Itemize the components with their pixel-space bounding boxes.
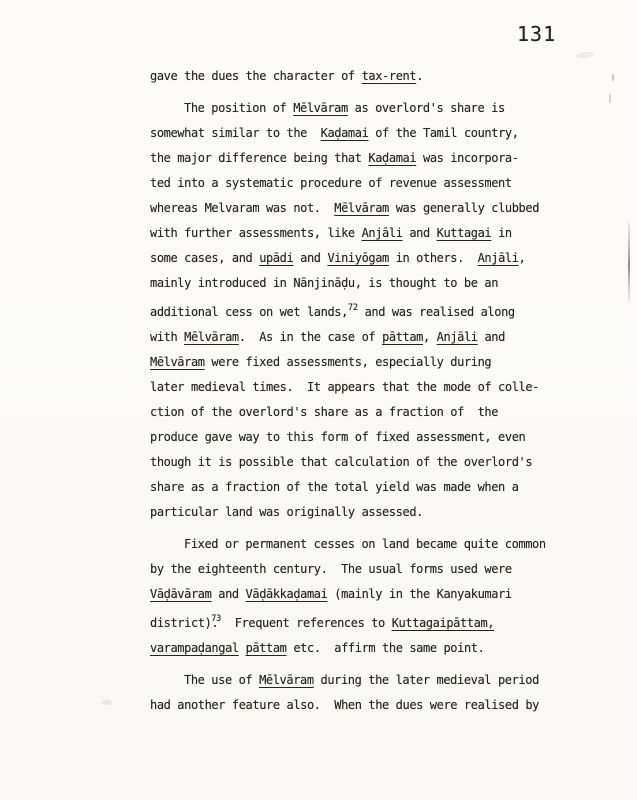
underlined-term: Anjāli bbox=[478, 251, 519, 265]
text-run: by the eighteenth century. The usual for… bbox=[150, 562, 512, 576]
paragraph: The use of Mēlvāram during the later med… bbox=[150, 668, 550, 718]
text-run: in bbox=[491, 226, 511, 240]
underlined-term: Mēlvāram bbox=[293, 101, 348, 115]
text-line: the major difference being that Kaḍamai … bbox=[150, 146, 550, 171]
underlined-term: Kaḍamai bbox=[321, 126, 369, 140]
text-line: with further assessments, like Anjāli an… bbox=[150, 221, 550, 246]
text-run: district). bbox=[150, 616, 218, 630]
text-line: somewhat similar to the Kaḍamai of the T… bbox=[150, 121, 550, 146]
text-run: Frequent references to bbox=[221, 616, 392, 630]
text-run: and bbox=[403, 226, 437, 240]
underlined-term: Anjāli bbox=[437, 330, 478, 344]
text-line: varampaḍangal pāttam etc. affirm the sam… bbox=[150, 636, 550, 661]
underlined-term: Kaḍamai bbox=[368, 151, 416, 165]
text-line: ted into a systematic procedure of reven… bbox=[150, 171, 550, 196]
text-run: the major difference being that bbox=[150, 151, 368, 165]
underlined-term: Kuttagaipāttam, bbox=[392, 616, 494, 630]
text-line: whereas Melvaram was not. Mēlvāram was g… bbox=[150, 196, 550, 221]
text-run: etc. affirm the same point. bbox=[287, 641, 485, 655]
text-run: in others. bbox=[389, 251, 478, 265]
document-page: 131 gave the dues the character of tax-r… bbox=[0, 0, 637, 800]
text-run: were fixed assessments, especially durin… bbox=[205, 355, 492, 369]
text-run: with further assessments, like bbox=[150, 226, 362, 240]
underlined-term: tax-rent bbox=[362, 69, 417, 83]
text-run: ted into a systematic procedure of reven… bbox=[150, 176, 512, 190]
underlined-term: Anjāli bbox=[362, 226, 403, 240]
underlined-term: Mēlvāram bbox=[150, 355, 205, 369]
text-run: was incorpora- bbox=[416, 151, 518, 165]
underlined-term: pāttam bbox=[246, 641, 287, 655]
text-run: during the later medieval period bbox=[314, 673, 539, 687]
underlined-term: Vāḍākkaḍamai bbox=[246, 587, 328, 601]
underlined-term: upādi bbox=[259, 251, 293, 265]
scan-artifact-smudge bbox=[576, 51, 595, 59]
text-run: somewhat similar to the bbox=[150, 126, 321, 140]
text-run: . As in the case of bbox=[239, 330, 382, 344]
text-line: share as a fraction of the total yield w… bbox=[150, 475, 550, 500]
text-run: Fixed or permanent cesses on land became… bbox=[184, 537, 546, 551]
underlined-term: Vāḍāvāram bbox=[150, 587, 211, 601]
scan-artifact-smudge bbox=[102, 700, 112, 705]
text-run: . bbox=[416, 69, 423, 83]
underlined-term: Kuttagai bbox=[437, 226, 492, 240]
text-run: had another feature also. When the dues … bbox=[150, 698, 539, 712]
underlined-term: Mēlvāram bbox=[334, 201, 389, 215]
footnote-ref: 73 bbox=[211, 614, 221, 624]
paragraph: Fixed or permanent cesses on land became… bbox=[150, 532, 550, 661]
text-run: later medieval times. It appears that th… bbox=[150, 380, 539, 394]
text-run: though it is possible that calculation o… bbox=[150, 455, 532, 469]
text-line: gave the dues the character of tax-rent. bbox=[150, 64, 550, 89]
text-run: was generally clubbed bbox=[389, 201, 539, 215]
footnote-ref: 72 bbox=[348, 303, 358, 313]
text-run: The position of bbox=[184, 101, 293, 115]
text-line: had another feature also. When the dues … bbox=[150, 693, 550, 718]
text-line: additional cess on wet lands,72 and was … bbox=[150, 296, 550, 325]
text-run: as overlord's share is bbox=[348, 101, 505, 115]
text-run: share as a fraction of the total yield w… bbox=[150, 480, 519, 494]
text-run: gave the dues the character of bbox=[150, 69, 362, 83]
text-line: mainly introduced in Nānjināḍu, is thoug… bbox=[150, 271, 550, 296]
text-run: and bbox=[211, 587, 245, 601]
underlined-term: varampaḍangal bbox=[150, 641, 239, 655]
underlined-term: Mēlvāram bbox=[259, 673, 314, 687]
text-line: The use of Mēlvāram during the later med… bbox=[150, 668, 550, 693]
text-line: Fixed or permanent cesses on land became… bbox=[150, 532, 550, 557]
text-run: with bbox=[150, 330, 184, 344]
text-line: The position of Mēlvāram as overlord's s… bbox=[150, 96, 550, 121]
text-line: ction of the overlord's share as a fract… bbox=[150, 400, 550, 425]
text-run: , bbox=[423, 330, 437, 344]
text-line: some cases, and upādi and Viniyōgam in o… bbox=[150, 246, 550, 271]
text-run: of the Tamil country, bbox=[368, 126, 518, 140]
text-line: Mēlvāram were fixed assessments, especia… bbox=[150, 350, 550, 375]
text-line: though it is possible that calculation o… bbox=[150, 450, 550, 475]
text-line: produce gave way to this form of fixed a… bbox=[150, 425, 550, 450]
text-run: whereas Melvaram was not. bbox=[150, 201, 334, 215]
text-line: later medieval times. It appears that th… bbox=[150, 375, 550, 400]
text-run: particular land was originally assessed. bbox=[150, 505, 423, 519]
text-line: particular land was originally assessed. bbox=[150, 500, 550, 525]
text-run: produce gave way to this form of fixed a… bbox=[150, 430, 525, 444]
scan-artifact-vertical-line bbox=[628, 222, 630, 302]
text-line: Vāḍāvāram and Vāḍākkaḍamai (mainly in th… bbox=[150, 582, 550, 607]
text-run: ction of the overlord's share as a fract… bbox=[150, 405, 498, 419]
text-run: mainly introduced in Nānjināḍu, is thoug… bbox=[150, 276, 498, 290]
scan-artifact-tick bbox=[609, 94, 611, 103]
paragraph: gave the dues the character of tax-rent. bbox=[150, 64, 550, 89]
page-number: 131 bbox=[517, 22, 556, 46]
underlined-term: Viniyōgam bbox=[327, 251, 388, 265]
underlined-term: Mēlvāram bbox=[184, 330, 239, 344]
text-line: with Mēlvāram. As in the case of pāttam,… bbox=[150, 325, 550, 350]
text-run bbox=[239, 641, 246, 655]
text-run: some cases, and bbox=[150, 251, 259, 265]
scan-artifact-tick bbox=[612, 74, 614, 81]
text-run: The use of bbox=[184, 673, 259, 687]
text-run: , bbox=[519, 251, 526, 265]
underlined-term: pāttam bbox=[382, 330, 423, 344]
paragraph: The position of Mēlvāram as overlord's s… bbox=[150, 96, 550, 525]
text-run: and bbox=[478, 330, 505, 344]
text-line: district).73 Frequent references to Kutt… bbox=[150, 607, 550, 636]
text-run: and bbox=[293, 251, 327, 265]
text-block: gave the dues the character of tax-rent.… bbox=[150, 64, 550, 718]
text-run: additional cess on wet lands, bbox=[150, 305, 348, 319]
text-run: and was realised along bbox=[358, 305, 515, 319]
text-run: (mainly in the Kanyakumari bbox=[327, 587, 511, 601]
text-line: by the eighteenth century. The usual for… bbox=[150, 557, 550, 582]
